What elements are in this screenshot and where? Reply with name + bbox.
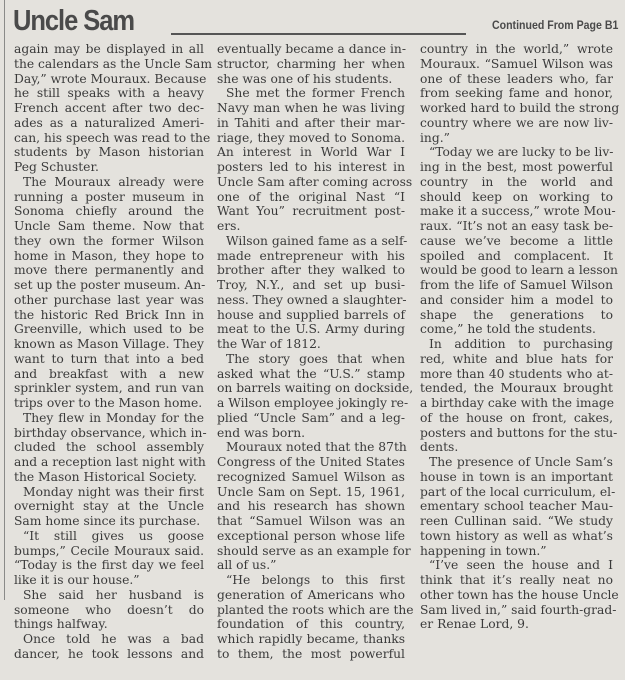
- text-line: raux. “It’s not an easy task be-: [420, 219, 613, 234]
- text-line: Sam lived in,” said fourth-grad-: [420, 603, 613, 618]
- text-line: and a reception last night with: [14, 455, 204, 470]
- text-line: Want You” recruitment post-: [217, 204, 405, 219]
- text-line: from the life of Samuel Wilson: [420, 278, 613, 293]
- headline: Uncle Sam: [13, 3, 134, 39]
- text-line: home in Mason, they hope to: [14, 249, 204, 264]
- text-line: riage, they moved to Sonoma.: [217, 131, 405, 146]
- text-line: come,” he told the students.: [420, 322, 613, 337]
- text-line: cause we’ve become a little: [420, 234, 613, 249]
- text-line: want to turn that into a bed: [14, 352, 204, 367]
- text-line: set up the poster museum. An-: [14, 278, 204, 293]
- text-line: She said her husband is: [14, 588, 204, 603]
- text-line: from seeking fame and honor,: [420, 86, 613, 101]
- text-line: “I’ve seen the house and I: [420, 558, 613, 573]
- text-line: the Mason Historical Society.: [14, 470, 204, 485]
- headline-rule: [171, 33, 466, 35]
- text-line: posters and buttons for the stu-: [420, 426, 613, 441]
- text-line: worked hard to build the strong: [420, 101, 613, 116]
- text-line: ers.: [217, 219, 405, 234]
- text-line: they own the former Wilson: [14, 234, 204, 249]
- text-line: should keep on working to: [420, 190, 613, 205]
- text-line: happening in town.”: [420, 544, 613, 559]
- text-line: Sonoma chiefly around the: [14, 204, 204, 219]
- text-line: reen Cullinan said. “We study: [420, 514, 613, 529]
- text-line: foundation of this country,: [217, 617, 405, 632]
- text-line: posters led to his interest in: [217, 160, 405, 175]
- text-line: Greenville, which used to be: [14, 322, 204, 337]
- text-line: all of us.”: [217, 558, 405, 573]
- text-line: which rapidly became, thanks: [217, 632, 405, 647]
- text-line: of the house on front, cakes,: [420, 411, 613, 426]
- text-line: Navy man when he was living: [217, 101, 405, 116]
- text-line: In addition to purchasing: [420, 337, 613, 352]
- text-line: The Mouraux already were: [14, 175, 204, 190]
- left-column-rule: [4, 0, 5, 600]
- text-line: The presence of Uncle Sam’s: [420, 455, 613, 470]
- text-line: more than 40 students who at-: [420, 367, 613, 382]
- text-line: Uncle Sam after coming across: [217, 175, 405, 190]
- text-line: Once told he was a bad: [14, 632, 204, 647]
- text-line: students by Mason historian: [14, 145, 204, 160]
- text-line: other purchase last year was: [14, 293, 204, 308]
- text-line: ing in the best, most powerful: [420, 160, 613, 175]
- text-line: recognized Samuel Wilson as: [217, 470, 405, 485]
- text-line: to them, the most powerful: [217, 647, 405, 662]
- text-line: country in the world and: [420, 175, 613, 190]
- text-line: that “Samuel Wilson was an: [217, 514, 405, 529]
- text-line: She met the former French: [217, 86, 405, 101]
- text-line: Troy, N.Y., and set up busi-: [217, 278, 405, 293]
- text-line: should serve as an example for: [217, 544, 405, 559]
- text-line: someone who doesn’t do: [14, 603, 204, 618]
- text-line: the calendars as the Uncle Sam: [14, 57, 204, 72]
- text-line: think that it’s really neat no: [420, 573, 613, 588]
- text-line: French accent after two dec-: [14, 101, 204, 116]
- text-line: move there permanently and: [14, 263, 204, 278]
- text-line: country where we are now liv-: [420, 116, 613, 131]
- text-line: sprinkler system, and run van: [14, 381, 204, 396]
- text-line: shape the generations to: [420, 308, 613, 323]
- text-line: end was born.: [217, 426, 405, 441]
- text-line: and consider him a model to: [420, 293, 613, 308]
- text-line: They flew in Monday for the: [14, 411, 204, 426]
- text-line: “He belongs to this first: [217, 573, 405, 588]
- text-line: dents.: [420, 440, 613, 455]
- article-column-2: eventually became a dance in-structor, c…: [217, 42, 405, 662]
- article-column-1: again may be displayed in allthe calenda…: [14, 42, 204, 662]
- text-line: country in the world,” wrote: [420, 42, 613, 57]
- text-line: make it a success,” wrote Mou-: [420, 204, 613, 219]
- text-line: plied “Uncle Sam” and a leg-: [217, 411, 405, 426]
- text-line: dancer, he took lessons and: [14, 647, 204, 662]
- text-line: would be good to learn a lesson: [420, 263, 613, 278]
- text-line: Wilson gained fame as a self-: [217, 234, 405, 249]
- text-line: trips over to the Mason home.: [14, 396, 204, 411]
- text-line: exceptional person whose life: [217, 529, 405, 544]
- text-line: “Today is the first day we feel: [14, 558, 204, 573]
- text-line: can, his speech was read to the: [14, 131, 204, 146]
- text-line: brother after they walked to: [217, 263, 405, 278]
- text-line: “Today we are lucky to be liv-: [420, 145, 613, 160]
- text-line: in Tahiti and after their mar-: [217, 116, 405, 131]
- text-line: the historic Red Brick Inn in: [14, 308, 204, 323]
- text-line: Congress of the United States: [217, 455, 405, 470]
- text-line: house in town is an important: [420, 470, 613, 485]
- text-line: like it is our house.”: [14, 573, 204, 588]
- text-line: and breakfast with a new: [14, 367, 204, 382]
- text-line: er Renae Lord, 9.: [420, 617, 613, 632]
- text-line: “It still gives us goose: [14, 529, 204, 544]
- text-line: the War of 1812.: [217, 337, 405, 352]
- text-line: Sam home since its purchase.: [14, 514, 204, 529]
- text-line: asked what the “U.S.” stamp: [217, 367, 405, 382]
- text-line: tended, the Mouraux brought: [420, 381, 613, 396]
- text-line: made entrepreneur with his: [217, 249, 405, 264]
- text-line: town history as well as what’s: [420, 529, 613, 544]
- text-line: and his research has shown: [217, 499, 405, 514]
- article-column-3: country in the world,” wroteMouraux. “Sa…: [420, 42, 613, 632]
- text-line: spoiled and complacent. It: [420, 249, 613, 264]
- text-line: one of the original Nast “I: [217, 190, 405, 205]
- article-header: Uncle Sam Continued From Page B1: [13, 3, 618, 39]
- text-line: An interest in World War I: [217, 145, 405, 160]
- continued-from-label: Continued From Page B1: [492, 20, 618, 32]
- text-line: again may be displayed in all: [14, 42, 204, 57]
- text-line: things halfway.: [14, 617, 204, 632]
- text-line: a Wilson employee jokingly re-: [217, 396, 405, 411]
- text-line: one of these leaders who, far: [420, 72, 613, 87]
- text-line: Monday night was their first: [14, 485, 204, 500]
- text-line: Uncle Sam theme. Now that: [14, 219, 204, 234]
- text-line: Mouraux noted that the 87th: [217, 440, 405, 455]
- text-line: birthday observance, which in-: [14, 426, 204, 441]
- text-line: on barrels waiting on dockside,: [217, 381, 405, 396]
- text-line: Mouraux. “Samuel Wilson was: [420, 57, 613, 72]
- text-line: part of the local curriculum, el-: [420, 485, 613, 500]
- text-line: house and supplied barrels of: [217, 308, 405, 323]
- text-line: she was one of his students.: [217, 72, 405, 87]
- text-line: ness. They owned a slaughter-: [217, 293, 405, 308]
- text-line: eventually became a dance in-: [217, 42, 405, 57]
- text-line: known as Mason Village. They: [14, 337, 204, 352]
- text-line: cluded the school assembly: [14, 440, 204, 455]
- text-line: red, white and blue hats for: [420, 352, 613, 367]
- text-line: The story goes that when: [217, 352, 405, 367]
- text-line: Peg Schuster.: [14, 160, 204, 175]
- text-line: ades as a naturalized Ameri-: [14, 116, 204, 131]
- text-line: a birthday cake with the image: [420, 396, 613, 411]
- text-line: ementary school teacher Mau-: [420, 499, 613, 514]
- text-line: ing.”: [420, 131, 613, 146]
- text-line: structor, charming her when: [217, 57, 405, 72]
- text-line: other town has the house Uncle: [420, 588, 613, 603]
- text-line: meat to the U.S. Army during: [217, 322, 405, 337]
- text-line: planted the roots which are the: [217, 603, 405, 618]
- text-line: bumps,” Cecile Mouraux said.: [14, 544, 204, 559]
- text-line: he still speaks with a heavy: [14, 86, 204, 101]
- text-line: Day,” wrote Mouraux. Because: [14, 72, 204, 87]
- text-line: running a poster museum in: [14, 190, 204, 205]
- text-line: overnight stay at the Uncle: [14, 499, 204, 514]
- text-line: generation of Americans who: [217, 588, 405, 603]
- text-line: Uncle Sam on Sept. 15, 1961,: [217, 485, 405, 500]
